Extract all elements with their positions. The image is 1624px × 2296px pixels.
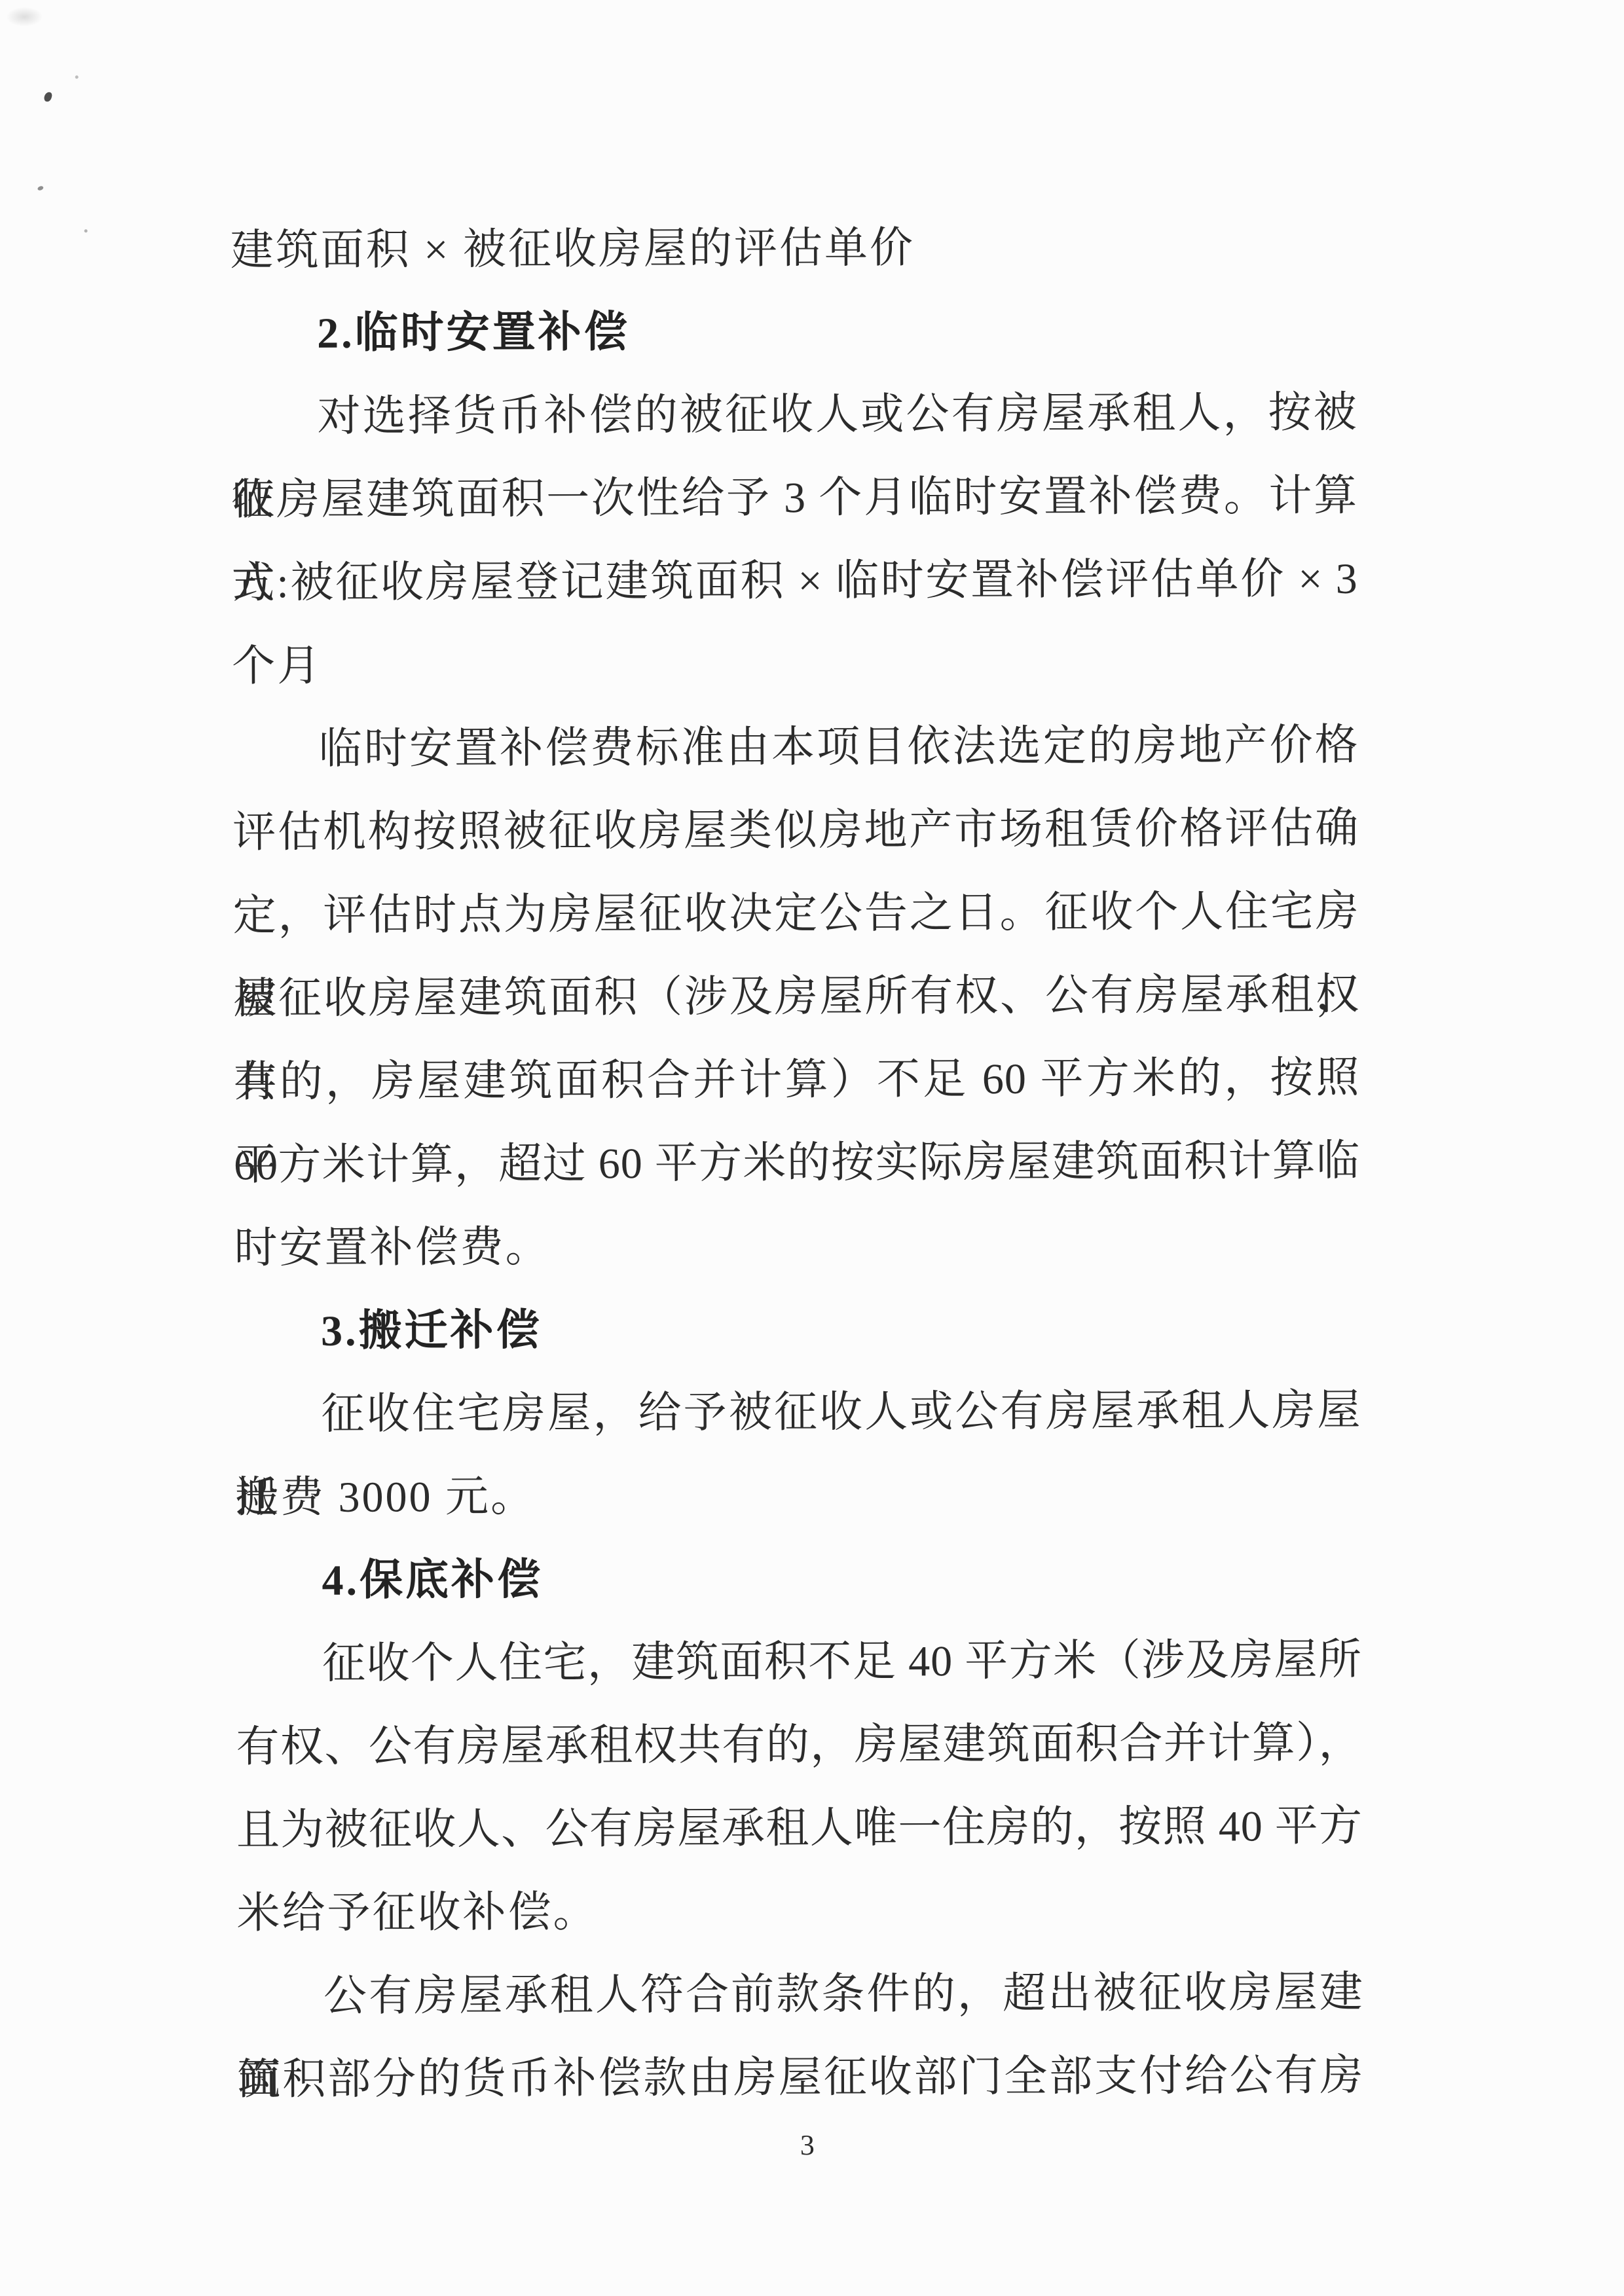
text-line: 征收个人住宅，建筑面积不足 40 平方米（涉及房屋所 [236,1618,1362,1706]
text-line: 时安置补偿费。 [234,1203,1360,1290]
text-line: 米给予征收补偿。 [236,1868,1363,1956]
section-heading-temporary-resettlement: 2.临时安置补偿 [231,288,1357,376]
page-body-text: 建筑面积 × 被征收房屋的评估单价 2.临时安置补偿 对选择货币补偿的被征收人或… [230,205,1363,2122]
text-line: 有的，房屋建筑面积合并计算）不足 60 平方米的，按照 60 [233,1036,1359,1124]
text-line: 定，评估时点为房屋征收决定公告之日。征收个人住宅房屋， [232,870,1359,958]
section-heading-minimum-compensation: 4.保底补偿 [235,1535,1361,1623]
text-line: 收房屋建筑面积一次性给予 3 个月临时安置补偿费。计算方 [231,454,1357,542]
text-line: 平方米计算，超过 60 平方米的按实际房屋建筑面积计算临 [234,1120,1360,1207]
scan-smudge [6,7,43,26]
text-line: 公有房屋承租人符合前款条件的，超出被征收房屋建筑 [237,1951,1363,2039]
text-line: 迁费 3000 元。 [235,1452,1361,1540]
text-line: 建筑面积 × 被征收房屋的评估单价 [230,205,1356,293]
text-line: 个月 [232,621,1358,708]
text-line: 面积部分的货币补偿款由房屋征收部门全部支付给公有房 [237,2034,1363,2122]
section-heading-moving-compensation: 3.搬迁补偿 [234,1286,1361,1374]
document-page: 建筑面积 × 被征收房屋的评估单价 2.临时安置补偿 对选择货币补偿的被征收人或… [0,0,1624,2296]
text-line: 被征收房屋建筑面积（涉及房屋所有权、公有房屋承租权共 [233,953,1359,1041]
scan-speck [37,185,45,191]
text-line: 且为被征收人、公有房屋承租人唯一住房的，按照 40 平方 [236,1785,1363,1872]
scan-speck [84,229,88,232]
text-line: 评估机构按照被征收房屋类似房地产市场租赁价格评估确 [232,787,1359,875]
page-number: 3 [0,2123,1619,2168]
text-line: 式:被征收房屋登记建筑面积 × 临时安置补偿评估单价 × 3 [231,538,1357,625]
scan-speck [75,75,79,79]
text-line: 对选择货币补偿的被征收人或公有房屋承租人，按被征 [231,371,1357,459]
text-line: 有权、公有房屋承租权共有的，房屋建筑面积合并计算）， [236,1702,1362,1789]
text-line: 临时安置补偿费标准由本项目依法选定的房地产价格 [232,704,1358,792]
scan-speck [43,91,52,102]
text-line: 征收住宅房屋，给予被征收人或公有房屋承租人房屋搬 [234,1369,1361,1457]
